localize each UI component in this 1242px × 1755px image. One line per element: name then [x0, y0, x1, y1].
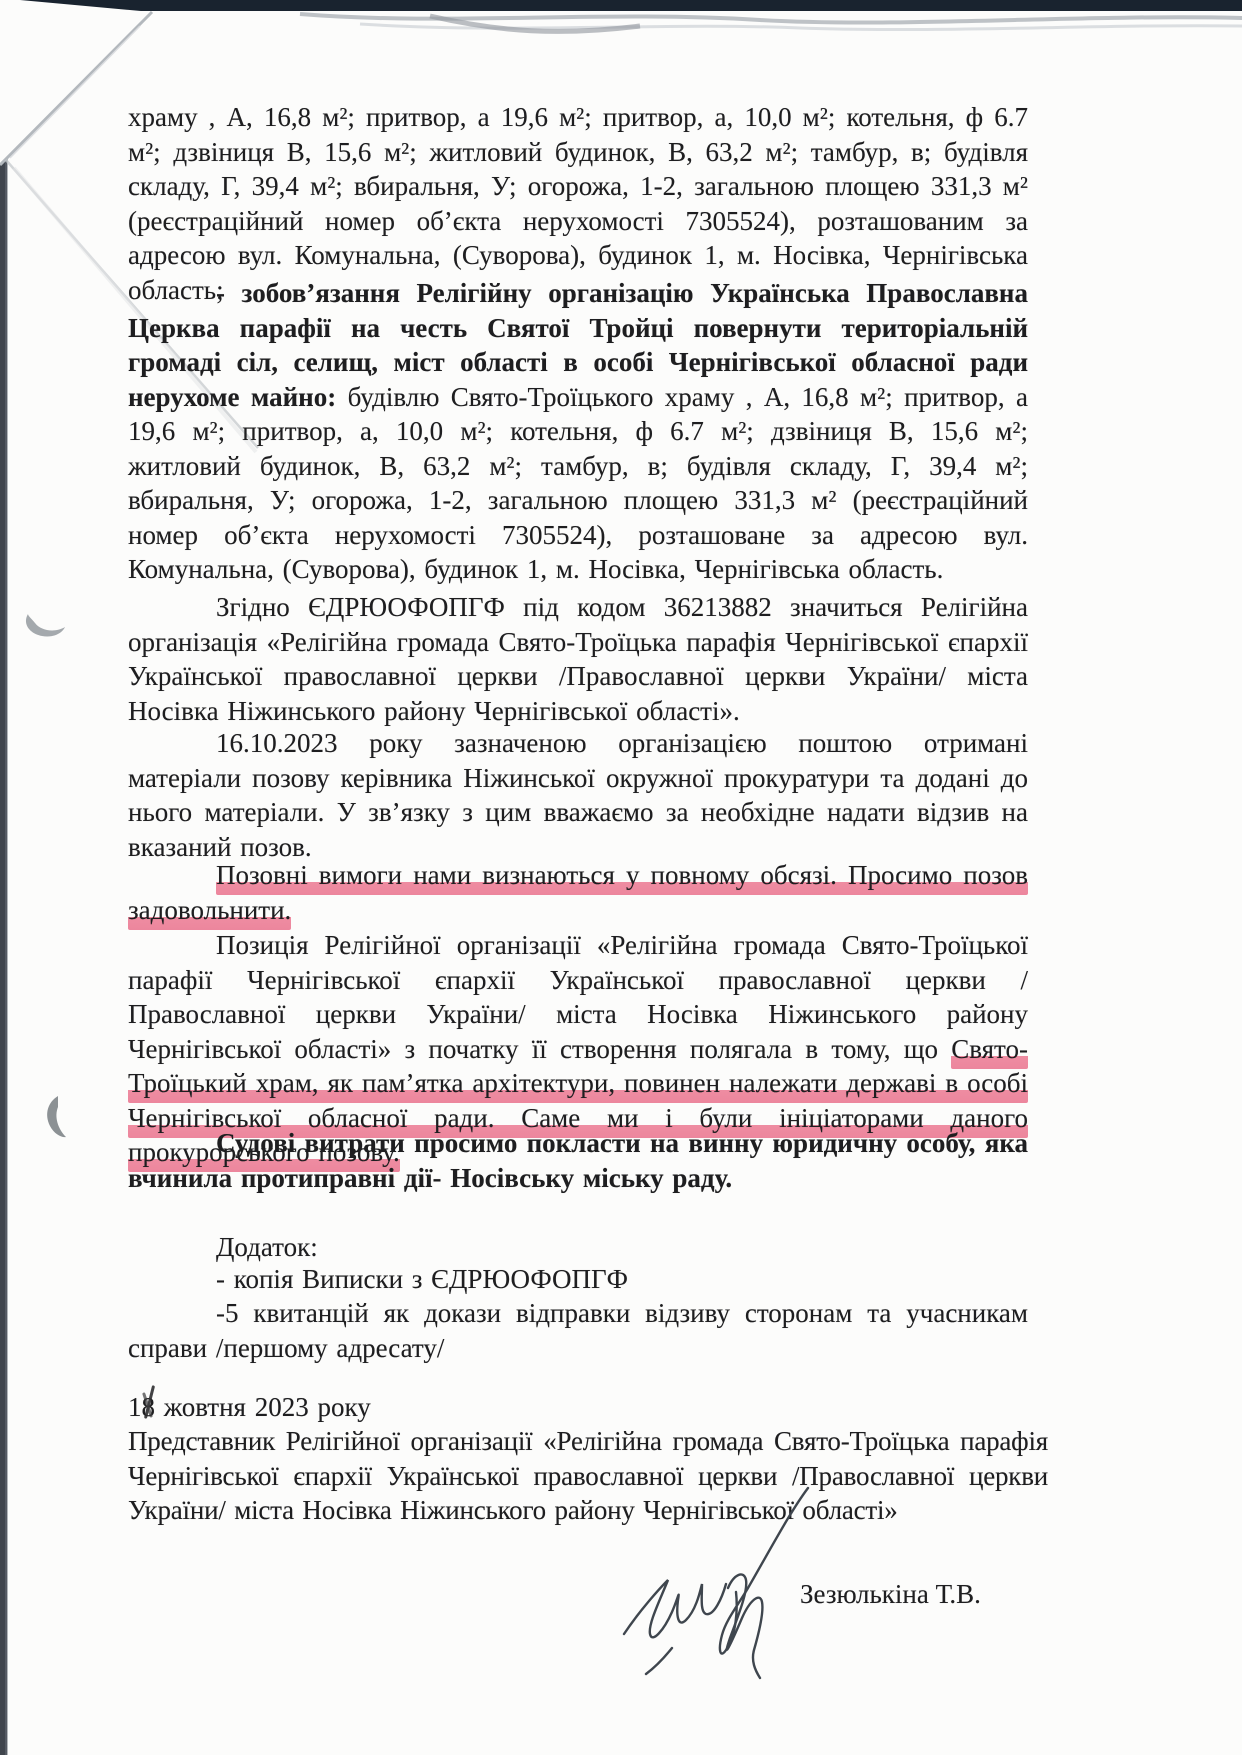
scanned-document-page: храму , А, 16,8 м²; притвор, а 19,6 м²; … — [0, 0, 1242, 1755]
paragraph-materials-received: 16.10.2023 року зазначеною організацією … — [128, 726, 1028, 864]
document-text: храму , А, 16,8 м²; притвор, а 19,6 м²; … — [0, 0, 1242, 1755]
pink-highlight-claims: Позовні вимоги нами визнаються у повному… — [128, 860, 1028, 930]
attachment-item-2: -5 квитанцій як докази відправки відзиву… — [128, 1296, 1028, 1365]
attachments-label: Додаток: — [128, 1230, 1028, 1265]
paragraph-claims-acknowledged: Позовні вимоги нами визнаються у повному… — [128, 858, 1028, 927]
attachment-item-1: - копія Виписки з ЄДРЮОФОПГФ — [128, 1262, 1028, 1297]
position-plain-text: Позиція Релігійної організації «Релігійн… — [128, 930, 1028, 1064]
paragraph-court-costs: Судові витрати просимо покласти на винну… — [128, 1126, 1028, 1195]
document-date: 18 жовтня 2023 року — [128, 1390, 1028, 1425]
paragraph-obligation: - зобов’язання Релігійну організацію Укр… — [128, 276, 1028, 587]
representative-line: Представник Релігійної організації «Релі… — [128, 1424, 1048, 1528]
signatory-name: Зезюлькіна Т.В. — [800, 1578, 981, 1610]
paragraph-registry-info: Згідно ЄДРЮОФОПГФ під кодом 36213882 зна… — [128, 590, 1028, 728]
overstruck-digit: 8 — [142, 1390, 156, 1425]
